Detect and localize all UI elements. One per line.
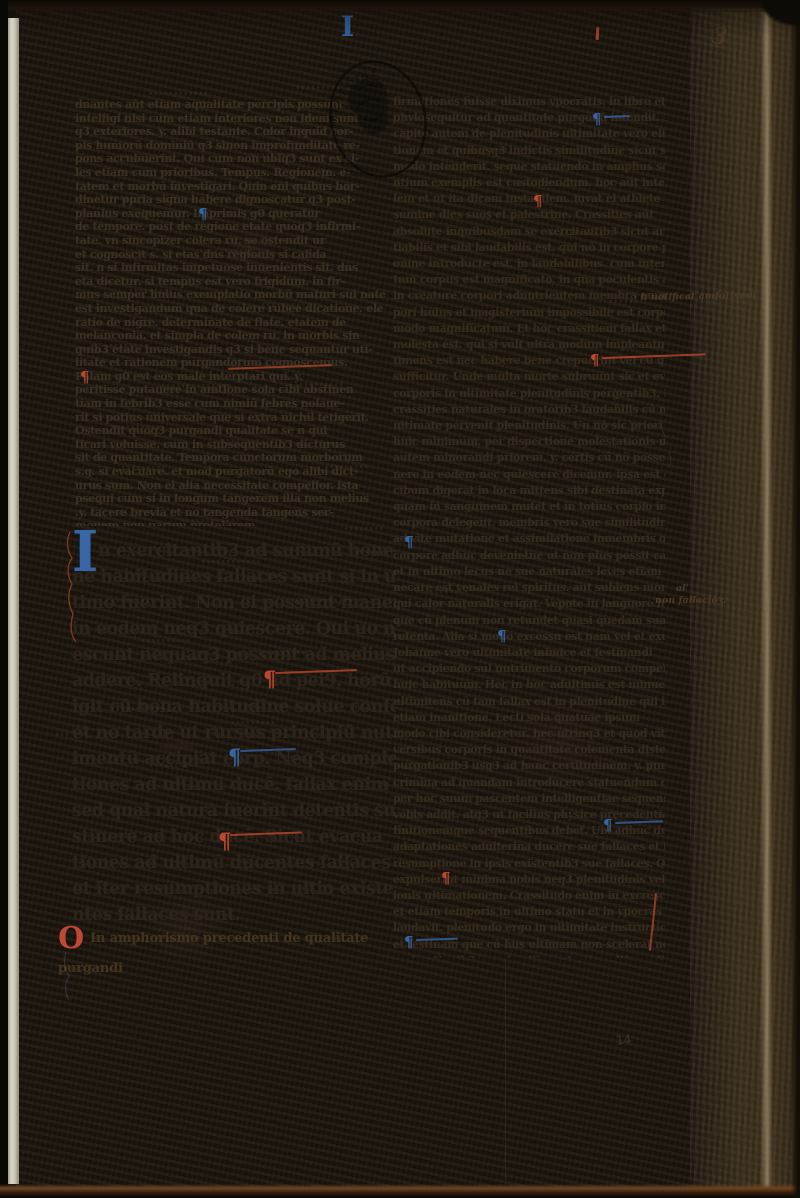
binding-edge-bottom	[0, 1184, 800, 1198]
interlinear-gloss-mark	[200, 249, 255, 252]
interlinear-gloss-mark	[130, 289, 175, 292]
interlinear-gloss-mark	[262, 303, 312, 306]
interlinear-gloss-mark	[345, 527, 385, 530]
interlinear-gloss-mark	[112, 707, 167, 710]
blue-pilcrow-mark: ¶	[603, 818, 613, 833]
blue-pilcrow-mark: ¶	[404, 535, 414, 550]
interlinear-gloss-mark	[202, 560, 260, 563]
interlinear-gloss-mark	[300, 599, 355, 602]
interlinear-gloss-mark	[300, 383, 345, 386]
interlinear-gloss-mark	[96, 196, 136, 199]
blue-pilcrow-mark: ¶	[198, 207, 208, 222]
red-pilcrow-mark: ¶	[263, 668, 276, 689]
blue-pilcrow-mark: ¶	[404, 935, 414, 950]
blue-pilcrow-mark: ¶	[592, 112, 602, 127]
interlinear-gloss-mark	[560, 232, 604, 235]
binding-shadow-top	[0, 10, 800, 38]
interlinear-gloss-mark	[150, 764, 200, 767]
interlinear-gloss-mark	[222, 439, 277, 442]
red-pilcrow-mark: ¶	[590, 353, 600, 368]
interlinear-gloss-mark	[356, 551, 392, 554]
interlinear-gloss-mark	[120, 154, 175, 157]
interlinear-gloss-mark	[252, 153, 297, 156]
manuscript-photo: dnantes aūt etiam aqualitate percipis po…	[0, 0, 800, 1198]
interlinear-gloss-mark	[112, 425, 162, 428]
interlinear-gloss-mark	[162, 384, 232, 387]
binding-corner-top-right	[730, 0, 800, 46]
interlinear-gloss-mark	[142, 639, 192, 642]
red-pilcrow-mark: ¶	[533, 194, 543, 209]
interlinear-gloss-mark	[150, 92, 210, 95]
red-pilcrow-mark: ¶	[441, 871, 451, 886]
blue-pilcrow-mark: ¶	[228, 746, 241, 767]
interlinear-gloss-mark	[430, 590, 470, 593]
interlinear-gloss-mark	[610, 300, 640, 303]
gutter-previous-folio-edge	[7, 18, 19, 1184]
interlinear-gloss-mark	[122, 466, 167, 469]
binding-edge-right	[791, 0, 800, 1198]
interlinear-gloss-mark	[520, 652, 564, 655]
interlinear-gloss-mark	[56, 733, 70, 736]
interlinear-gloss-mark	[232, 721, 277, 724]
interlinear-gloss-mark	[182, 519, 242, 522]
blue-pilcrow-mark: ¶	[497, 629, 507, 644]
library-stamp: MEDECINE MROL	[318, 46, 438, 192]
interlinear-gloss-mark	[262, 651, 307, 654]
interlinear-gloss-mark	[110, 344, 150, 347]
red-pilcrow-mark: ¶	[80, 370, 90, 385]
interlinear-gloss-mark	[297, 86, 339, 89]
interlinear-gloss-mark	[330, 465, 370, 468]
interlinear-gloss-mark	[470, 148, 510, 151]
interlinear-gloss-mark	[112, 599, 152, 602]
binding-edge-left	[0, 0, 8, 1198]
red-pilcrow-mark: ¶	[218, 830, 231, 851]
